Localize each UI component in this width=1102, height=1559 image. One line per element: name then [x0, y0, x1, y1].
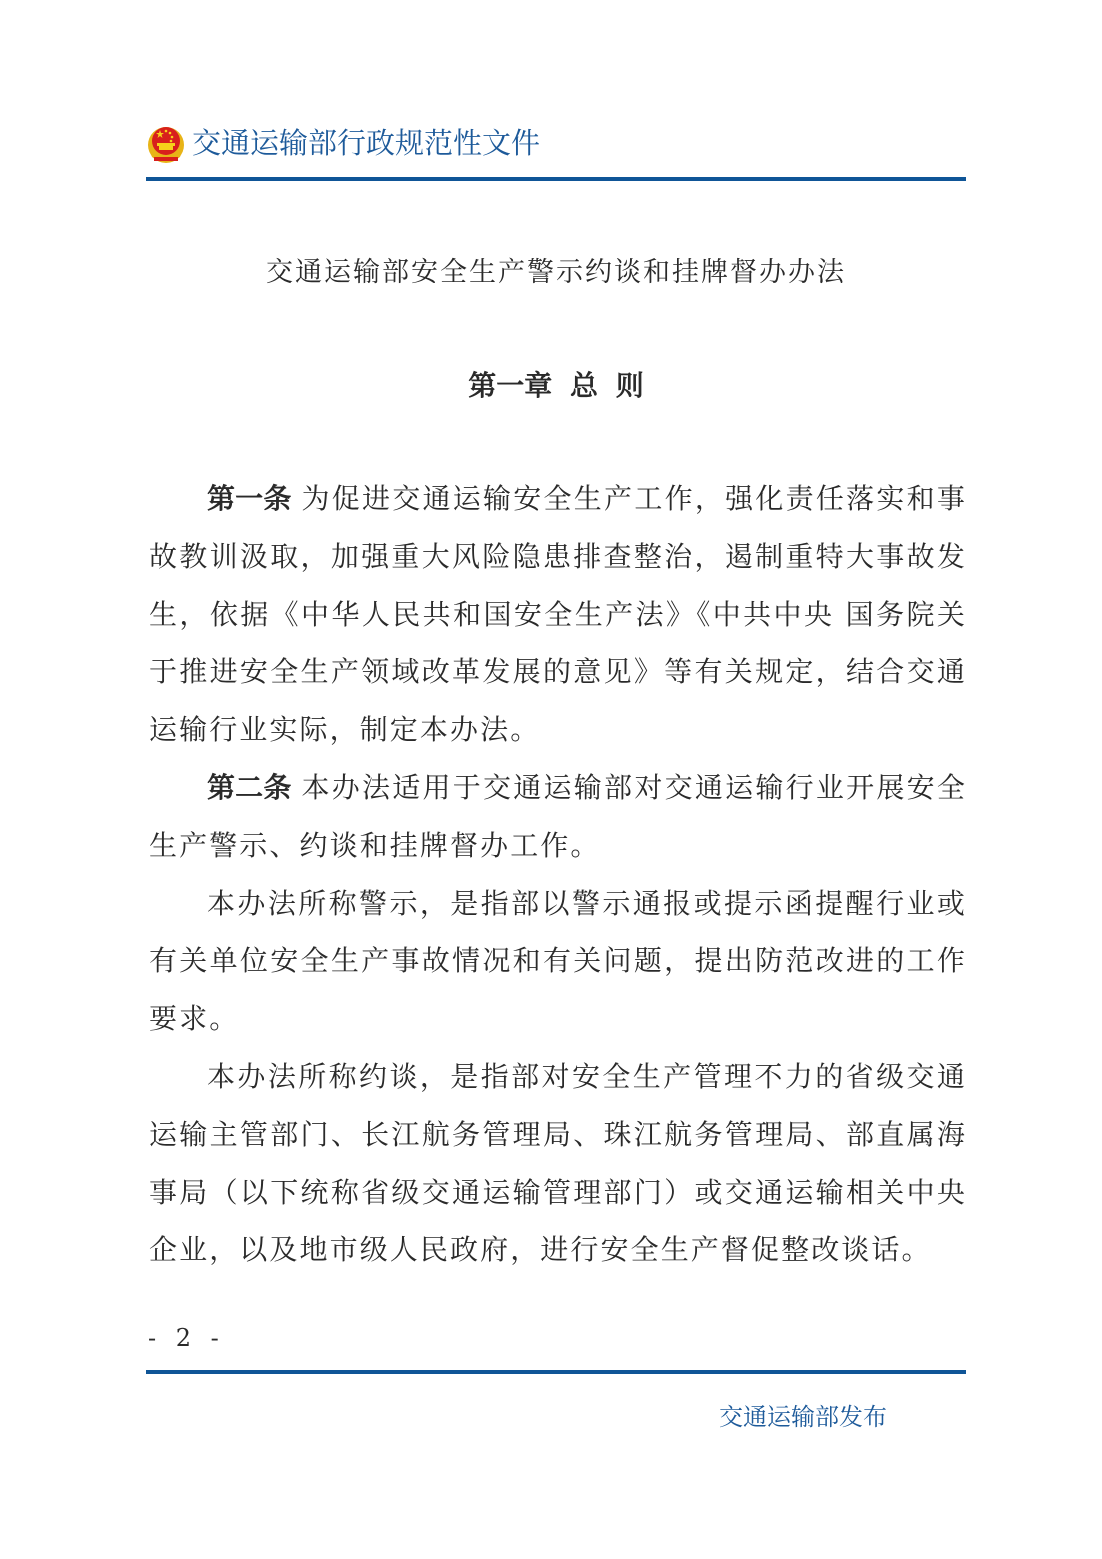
article-label: 第一条 — [207, 482, 291, 515]
document-header: 交通运输部行政规范性文件 — [146, 118, 540, 168]
paragraph-warning-definition: 本办法所称警示，是指部以警示通报或提示函提醒行业或有关单位安全生产事故情况和有关… — [149, 875, 967, 1048]
chapter-heading: 第一章 总 则 — [146, 364, 966, 404]
paragraph-text: 本办法所称约谈，是指部对安全生产管理不力的省级交通运输主管部门、长江航务管理局、… — [149, 1060, 967, 1266]
header-divider — [146, 177, 966, 181]
footer-divider — [146, 1370, 966, 1374]
article-1: 第一条为促进交通运输安全生产工作，强化责任落实和事故教训汲取，加强重大风险隐患排… — [149, 470, 967, 759]
paragraph-text: 本办法所称警示，是指部以警示通报或提示函提醒行业或有关单位安全生产事故情况和有关… — [149, 887, 967, 1036]
paragraph-interview-definition: 本办法所称约谈，是指部对安全生产管理不力的省级交通运输主管部门、长江航务管理局、… — [149, 1048, 967, 1279]
article-label: 第二条 — [207, 771, 291, 804]
document-title: 交通运输部安全生产警示约谈和挂牌督办办法 — [146, 250, 966, 289]
article-2: 第二条本办法适用于交通运输部对交通运输行业开展安全生产警示、约谈和挂牌督办工作。 — [149, 759, 967, 875]
page-number: - 2 - — [148, 1324, 225, 1352]
document-body: 第一条为促进交通运输安全生产工作，强化责任落实和事故教训汲取，加强重大风险隐患排… — [149, 470, 967, 1279]
national-emblem-icon — [146, 121, 186, 165]
article-text: 为促进交通运输安全生产工作，强化责任落实和事故教训汲取，加强重大风险隐患排查整治… — [149, 482, 967, 746]
header-title: 交通运输部行政规范性文件 — [192, 129, 540, 158]
publisher-label: 交通运输部发布 — [719, 1397, 887, 1432]
